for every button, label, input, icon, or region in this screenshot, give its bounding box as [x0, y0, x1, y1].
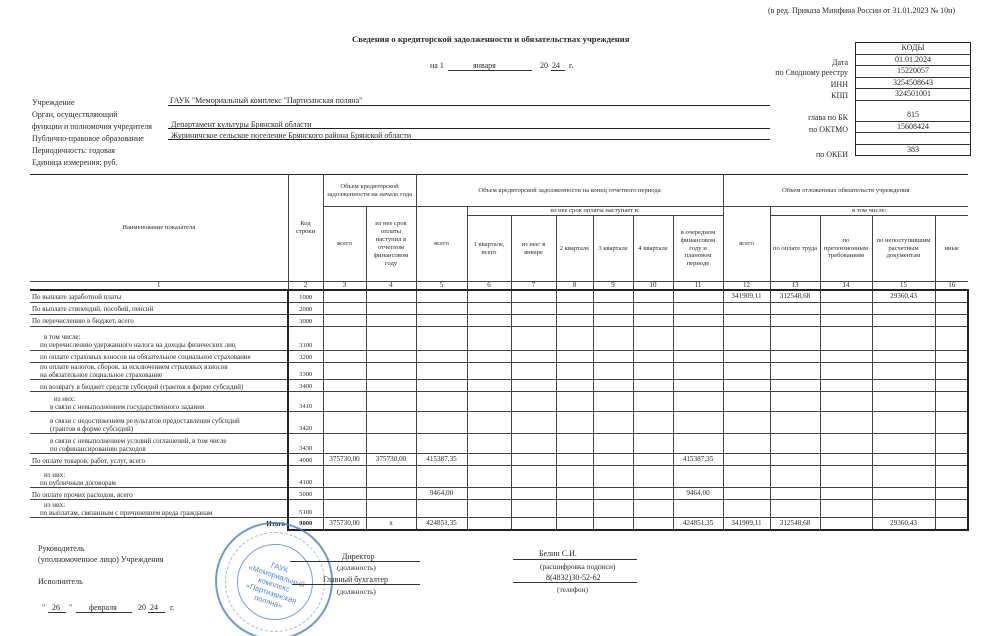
row-value-col-7 [511, 466, 556, 488]
total-value-col-15: 29360,43 [872, 518, 935, 530]
table-row: в связи с невыполнением условий соглашен… [30, 434, 968, 454]
total-value-col-9 [593, 518, 633, 530]
row-value-col-10 [633, 380, 673, 392]
row-value-col-11 [673, 302, 723, 314]
total-value-col-8 [556, 518, 593, 530]
sign-date-day: 26 [52, 603, 60, 612]
row-value-col-14 [820, 454, 872, 466]
row-value-col-13 [770, 326, 820, 350]
row-value-col-5 [416, 466, 467, 488]
header-end-group: Объем кредиторской задолженности на коне… [416, 175, 723, 207]
row-value-col-5 [416, 500, 467, 518]
row-value-col-4 [366, 500, 416, 518]
row-value-col-13 [770, 488, 820, 500]
periodicity: Периодичность: годовая [32, 146, 115, 155]
row-value-col-12 [723, 412, 770, 434]
row-value-col-12 [723, 350, 770, 362]
row-value-col-8 [556, 434, 593, 454]
row-name: по оплате налогов, сборов, за исключение… [30, 362, 288, 380]
column-number: 2 [288, 282, 323, 291]
row-value-col-11 [673, 314, 723, 326]
row-value-col-15 [872, 500, 935, 518]
row-code: 1000 [288, 290, 323, 302]
table-row: из них:в связи с невыполнением государст… [30, 392, 968, 412]
row-value-col-11 [673, 362, 723, 380]
row-value-col-16 [935, 500, 968, 518]
row-value-col-15: 29360,43 [872, 290, 935, 302]
row-value-col-12 [723, 314, 770, 326]
row-value-col-11 [673, 290, 723, 302]
row-value-col-14 [820, 326, 872, 350]
edition-note: (в ред. Приказа Минфина России от 31.01.… [768, 6, 955, 15]
row-value-col-16 [935, 350, 968, 362]
row-value-col-5: 9464,00 [416, 488, 467, 500]
row-value-col-16 [935, 362, 968, 380]
row-code: 3430 [288, 434, 323, 454]
row-value-col-16 [935, 326, 968, 350]
row-value-col-11 [673, 500, 723, 518]
row-value-col-7 [511, 362, 556, 380]
head-name: Белин С.И. [539, 549, 577, 558]
row-value-col-12 [723, 488, 770, 500]
row-value-col-11 [673, 326, 723, 350]
row-value-col-9 [593, 412, 633, 434]
total-value-col-3: 375730,00 [323, 518, 366, 530]
row-value-col-13 [770, 380, 820, 392]
report-date-month: января [473, 61, 496, 70]
column-number: 11 [673, 282, 723, 291]
unit-of-measure: Единица измерения: руб. [32, 158, 117, 167]
row-value-col-4 [366, 350, 416, 362]
row-name: в связи с невыполнением условий соглашен… [30, 434, 288, 454]
row-value-col-14 [820, 350, 872, 362]
report-date-year-prefix: 20 [540, 61, 548, 70]
row-value-col-12 [723, 380, 770, 392]
row-value-col-4 [366, 466, 416, 488]
row-value-col-13 [770, 362, 820, 380]
row-code: 4100 [288, 466, 323, 488]
column-number: 3 [323, 282, 366, 291]
code-date: 01.01.2024 [856, 55, 970, 67]
total-value-col-4: x [366, 518, 416, 530]
institution-label: Учреждение [32, 98, 75, 107]
row-value-col-12 [723, 434, 770, 454]
column-number: 6 [467, 282, 511, 291]
row-value-col-11 [673, 380, 723, 392]
report-date-suffix: г. [569, 61, 573, 70]
row-value-col-11 [673, 412, 723, 434]
row-value-col-7 [511, 412, 556, 434]
row-value-col-15 [872, 302, 935, 314]
row-value-col-10 [633, 302, 673, 314]
row-value-col-16 [935, 412, 968, 434]
row-value-col-16 [935, 466, 968, 488]
row-value-col-7 [511, 380, 556, 392]
row-value-col-4 [366, 362, 416, 380]
row-value-col-3 [323, 434, 366, 454]
row-value-col-15 [872, 380, 935, 392]
row-value-col-12 [723, 302, 770, 314]
row-value-col-14 [820, 434, 872, 454]
row-value-col-9 [593, 488, 633, 500]
row-value-col-9 [593, 362, 633, 380]
column-number: 9 [593, 282, 633, 291]
row-value-col-7 [511, 302, 556, 314]
row-value-col-3 [323, 290, 366, 302]
row-value-col-16 [935, 290, 968, 302]
table-row: из них:по выплатам, связанным с причинен… [30, 500, 968, 518]
row-value-col-6 [467, 326, 511, 350]
column-number: 10 [633, 282, 673, 291]
code-label-inn: ИНН [831, 80, 848, 89]
row-value-col-15 [872, 488, 935, 500]
creditor-table: Наименование показателя Код строки Объем… [30, 174, 969, 531]
row-value-col-6 [467, 314, 511, 326]
row-value-col-4 [366, 302, 416, 314]
official-stamp: ГАУК«Мемориальныйкомплекс«Партизанскаяпо… [215, 522, 333, 636]
row-value-col-16 [935, 488, 968, 500]
page-title: Сведения о кредиторской задолженности и … [352, 34, 629, 44]
row-value-col-10 [633, 454, 673, 466]
row-value-col-3 [323, 488, 366, 500]
row-value-col-8 [556, 412, 593, 434]
header-q1-total: 1 квартале, всего [467, 216, 511, 282]
row-value-col-10 [633, 362, 673, 380]
row-name: в связи с недостижением результатов пред… [30, 412, 288, 434]
row-value-col-7 [511, 350, 556, 362]
row-value-col-3 [323, 500, 366, 518]
row-value-col-10 [633, 412, 673, 434]
row-value-col-14 [820, 500, 872, 518]
table-row: в том числе:по перечислению удержанного … [30, 326, 968, 350]
row-name: из них:по выплатам, связанным с причинен… [30, 500, 288, 518]
row-value-col-3 [323, 302, 366, 314]
row-value-col-3 [323, 466, 366, 488]
row-value-col-12 [723, 454, 770, 466]
row-code: 3300 [288, 362, 323, 380]
row-value-col-9 [593, 314, 633, 326]
row-value-col-8 [556, 314, 593, 326]
total-value-col-16 [935, 518, 968, 530]
row-value-col-5 [416, 434, 467, 454]
header-deferred-group: Объем отложенных обязательств учреждения [723, 175, 968, 207]
row-name: из них:по публичным договорам [30, 466, 288, 488]
code-registry: 15220057 [856, 66, 970, 78]
row-value-col-7 [511, 326, 556, 350]
row-value-col-4 [366, 412, 416, 434]
row-value-col-16 [935, 392, 968, 412]
row-value-col-7 [511, 434, 556, 454]
code-inn: 3254508643 [856, 78, 970, 90]
row-value-col-13 [770, 466, 820, 488]
header-begin-total: всего [323, 207, 366, 282]
column-number: 1 [30, 282, 288, 291]
row-value-col-14 [820, 488, 872, 500]
code-label-bk: глава по БК [808, 113, 848, 122]
executor-phone: 8(4832)30-52-62 [546, 573, 601, 582]
code-label-registry: по Сводному реестру [775, 68, 848, 77]
ppo-label: Публично-правовое образование [32, 134, 144, 143]
column-number: 5 [416, 282, 467, 291]
row-value-col-12 [723, 326, 770, 350]
row-value-col-4: 375730,00 [366, 454, 416, 466]
table-row: По выплате стипендий, пособий, пенсий200… [30, 302, 968, 314]
sign-date-year-prefix: 20 [138, 603, 146, 612]
row-value-col-6 [467, 488, 511, 500]
row-value-col-4 [366, 314, 416, 326]
row-value-col-5 [416, 412, 467, 434]
row-value-col-13 [770, 454, 820, 466]
row-name: По перечислению в бюджет, всего [30, 314, 288, 326]
row-code: 3400 [288, 380, 323, 392]
code-label-okei: по ОКЕИ [816, 150, 848, 159]
row-value-col-10 [633, 488, 673, 500]
row-value-col-8 [556, 362, 593, 380]
row-code: 3410 [288, 392, 323, 412]
row-value-col-5 [416, 314, 467, 326]
row-value-col-14 [820, 380, 872, 392]
row-name: по возврату в бюджет средств субсидий (г… [30, 380, 288, 392]
row-value-col-14 [820, 362, 872, 380]
header-q1-jan: из нее: в январе [511, 216, 556, 282]
code-kpp: 324501001 [856, 89, 970, 101]
row-value-col-8 [556, 326, 593, 350]
table-row: По перечислению в бюджет, всего3000 [30, 314, 968, 326]
row-value-col-5 [416, 350, 467, 362]
total-value-col-12: 341909,11 [723, 518, 770, 530]
report-date-year: 24 [552, 61, 560, 70]
row-value-col-15 [872, 434, 935, 454]
row-value-col-8 [556, 488, 593, 500]
row-value-col-11 [673, 392, 723, 412]
column-number: 16 [935, 282, 968, 291]
row-value-col-15 [872, 362, 935, 380]
row-value-col-13 [770, 412, 820, 434]
row-value-col-11: 415387,35 [673, 454, 723, 466]
row-value-col-14 [820, 314, 872, 326]
row-value-col-12 [723, 466, 770, 488]
row-value-col-10 [633, 392, 673, 412]
codes-title: КОДЫ [856, 43, 970, 55]
row-value-col-3: 375730,00 [323, 454, 366, 466]
total-value-col-13: 312548,68 [770, 518, 820, 530]
column-number: 15 [872, 282, 935, 291]
row-value-col-7 [511, 314, 556, 326]
row-value-col-3 [323, 350, 366, 362]
table-row: в связи с недостижением результатов пред… [30, 412, 968, 434]
column-numbers-row: 12345678910111213141516 [30, 282, 968, 291]
row-value-col-9 [593, 466, 633, 488]
code-oktmo: 15608424 [856, 122, 970, 134]
row-value-col-4 [366, 488, 416, 500]
header-next-year: в очередном финансовом году и плановом п… [673, 216, 723, 282]
row-value-col-8 [556, 466, 593, 488]
row-name: по оплате страховых взносов на обязатель… [30, 350, 288, 362]
row-value-col-8 [556, 350, 593, 362]
row-code: 3000 [288, 314, 323, 326]
row-value-col-9 [593, 392, 633, 412]
institution-value: ГАУК "Мемориальный комплекс "Партизанска… [170, 96, 362, 105]
column-number: 14 [820, 282, 872, 291]
founder-label-line2: функции и полномочия учредителя [32, 122, 152, 131]
row-value-col-13 [770, 302, 820, 314]
row-value-col-5: 415387,35 [416, 454, 467, 466]
row-name: из них:в связи с невыполнением государст… [30, 392, 288, 412]
row-value-col-15 [872, 314, 935, 326]
column-number: 7 [511, 282, 556, 291]
header-deferred-incl: в том числе: [770, 207, 968, 216]
row-value-col-16 [935, 302, 968, 314]
head-position-caption: (должность) [337, 563, 376, 572]
row-value-col-10 [633, 500, 673, 518]
head-position: Директор [342, 552, 374, 561]
code-label-kpp: КПП [831, 91, 848, 100]
row-value-col-5 [416, 326, 467, 350]
row-value-col-9 [593, 434, 633, 454]
table-row: По оплате товаров, работ, услуг, всего40… [30, 454, 968, 466]
row-value-col-4 [366, 326, 416, 350]
row-value-col-13 [770, 314, 820, 326]
row-value-col-5 [416, 290, 467, 302]
row-value-col-9 [593, 454, 633, 466]
row-value-col-15 [872, 454, 935, 466]
row-value-col-4 [366, 434, 416, 454]
row-name: По оплате прочих расходов, всего [30, 488, 288, 500]
row-code: 4000 [288, 454, 323, 466]
table-row: По выплате заработной платы1000341909,11… [30, 290, 968, 302]
head-label-line1: Руководитель [38, 544, 84, 553]
row-value-col-7 [511, 500, 556, 518]
row-value-col-13 [770, 434, 820, 454]
row-value-col-13: 312548,68 [770, 290, 820, 302]
head-name-caption: (расшифровка подписи) [540, 562, 615, 571]
row-value-col-9 [593, 326, 633, 350]
row-value-col-16 [935, 314, 968, 326]
table-row: из них:по публичным договорам4100 [30, 466, 968, 488]
row-value-col-16 [935, 434, 968, 454]
row-value-col-5 [416, 392, 467, 412]
total-value-col-14 [820, 518, 872, 530]
row-value-col-4 [366, 380, 416, 392]
row-name: в том числе:по перечислению удержанного … [30, 326, 288, 350]
row-value-col-12 [723, 362, 770, 380]
row-value-col-15 [872, 412, 935, 434]
column-number: 13 [770, 282, 820, 291]
code-okei: 383 [856, 145, 970, 156]
row-value-col-9 [593, 290, 633, 302]
row-value-col-8 [556, 302, 593, 314]
row-value-col-5 [416, 302, 467, 314]
row-value-col-8 [556, 290, 593, 302]
column-number: 12 [723, 282, 770, 291]
header-q4: 4 квартале [633, 216, 673, 282]
row-value-col-8 [556, 454, 593, 466]
table-row: по возврату в бюджет средств субсидий (г… [30, 380, 968, 392]
row-value-col-10 [633, 314, 673, 326]
row-value-col-6 [467, 454, 511, 466]
header-docs: по непоступившим расчетным документам [872, 216, 935, 282]
row-value-col-3 [323, 362, 366, 380]
row-name: По оплате товаров, работ, услуг, всего [30, 454, 288, 466]
row-value-col-6 [467, 350, 511, 362]
row-value-col-10 [633, 290, 673, 302]
row-value-col-14 [820, 466, 872, 488]
header-begin-due: из нее срок оплаты наступил в отчетном ф… [366, 207, 416, 282]
row-value-col-3 [323, 314, 366, 326]
row-value-col-7 [511, 290, 556, 302]
row-value-col-13 [770, 500, 820, 518]
row-value-col-12 [723, 392, 770, 412]
row-value-col-10 [633, 434, 673, 454]
row-value-col-6 [467, 412, 511, 434]
row-value-col-14 [820, 412, 872, 434]
header-q3: 3 квартале [593, 216, 633, 282]
report-date-prefix: на 1 [430, 61, 444, 70]
row-value-col-8 [556, 380, 593, 392]
row-value-col-3 [323, 326, 366, 350]
row-value-col-9 [593, 500, 633, 518]
row-value-col-14 [820, 290, 872, 302]
header-end-total: всего [416, 207, 467, 282]
total-value-col-6 [467, 518, 511, 530]
sign-date-month: февраля [89, 603, 117, 612]
row-value-col-5 [416, 362, 467, 380]
row-value-col-10 [633, 350, 673, 362]
row-value-col-14 [820, 302, 872, 314]
row-code: 5100 [288, 500, 323, 518]
row-value-col-8 [556, 392, 593, 412]
sign-date-suffix: г. [170, 603, 174, 612]
row-value-col-8 [556, 500, 593, 518]
header-begin-group: Объем кредиторской задолженности на нача… [323, 175, 416, 207]
total-value-col-10 [633, 518, 673, 530]
row-value-col-9 [593, 350, 633, 362]
header-deferred-total: всего [723, 207, 770, 282]
row-name: По выплате заработной платы [30, 290, 288, 302]
row-value-col-11 [673, 466, 723, 488]
row-value-col-6 [467, 302, 511, 314]
row-value-col-14 [820, 392, 872, 412]
executor-label: Исполнитель [38, 577, 83, 586]
row-value-col-16 [935, 454, 968, 466]
row-value-col-16 [935, 380, 968, 392]
row-value-col-7 [511, 392, 556, 412]
codes-box: КОДЫ 01.01.2024 15220057 3254508643 3245… [855, 42, 971, 156]
row-value-col-10 [633, 466, 673, 488]
row-value-col-6 [467, 380, 511, 392]
head-label-line2: (уполномоченное лицо) Учреждения [38, 555, 163, 564]
row-value-col-9 [593, 380, 633, 392]
row-value-col-11 [673, 434, 723, 454]
row-value-col-7 [511, 488, 556, 500]
header-end-due-group: из нее срок оплаты наступает в: [467, 207, 723, 216]
column-number: 8 [556, 282, 593, 291]
row-value-col-12: 341909,11 [723, 290, 770, 302]
header-labor: по оплате труда [770, 216, 820, 282]
row-value-col-4 [366, 290, 416, 302]
row-value-col-3 [323, 380, 366, 392]
header-q2: 2 квартале [556, 216, 593, 282]
header-code: Код строки [288, 175, 323, 282]
total-value-col-5: 424851,35 [416, 518, 467, 530]
row-value-col-11 [673, 350, 723, 362]
code-empty [856, 133, 970, 145]
row-value-col-10 [633, 326, 673, 350]
row-value-col-3 [323, 392, 366, 412]
table-row: по оплате страховых взносов на обязатель… [30, 350, 968, 362]
row-value-col-13 [770, 392, 820, 412]
executor-phone-caption: (телефон) [557, 585, 588, 594]
